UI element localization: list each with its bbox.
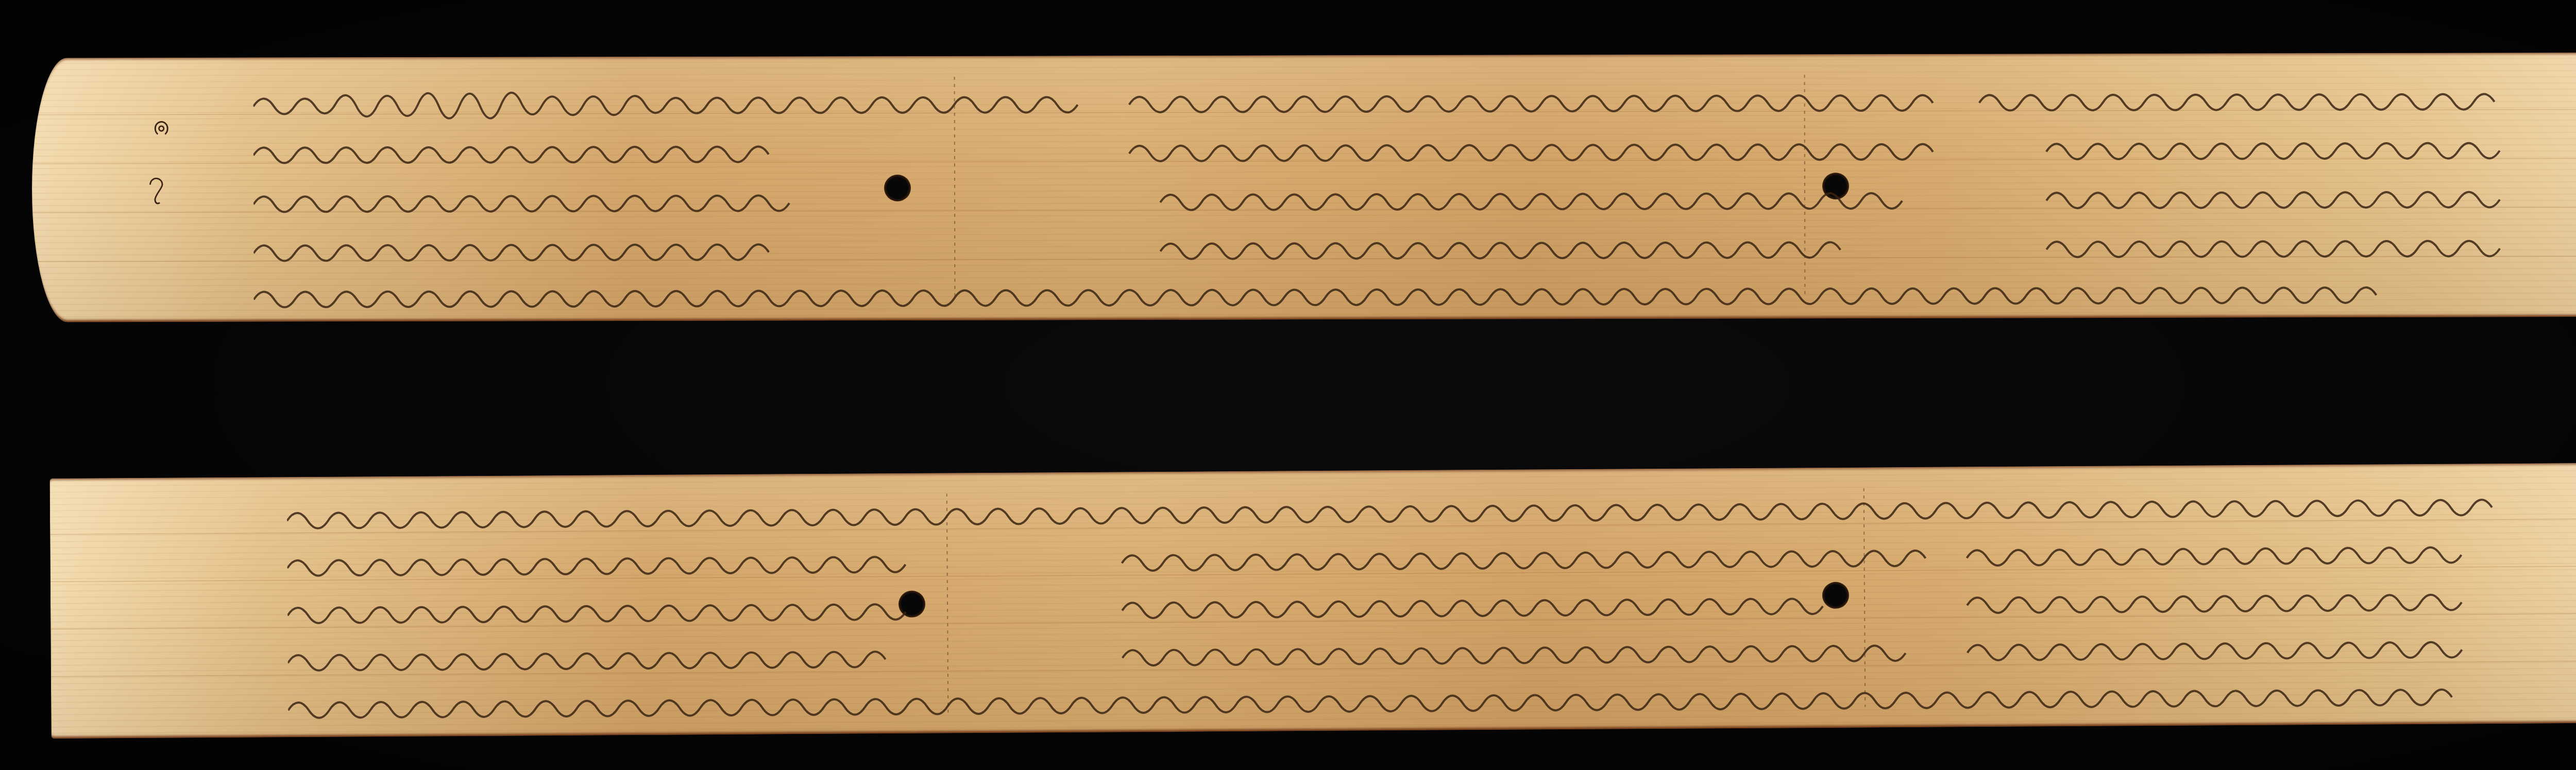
- folio-mark-2: ၇: [148, 166, 165, 196]
- text-line-5: [253, 271, 2510, 317]
- text-line-3: [287, 579, 2529, 634]
- text-line-2: [287, 532, 2528, 587]
- text-line-4: [253, 225, 2510, 271]
- palm-leaf-bottom: [50, 462, 2576, 739]
- manuscript-text-bottom: [287, 484, 2530, 725]
- folio-mark-1: ၐ: [153, 109, 170, 139]
- manuscript-text-top: [253, 78, 2511, 310]
- text-line-1: [253, 78, 2510, 124]
- black-backdrop: ၐ ၇ Photograph of: [0, 0, 2576, 770]
- palm-leaf-top: ၐ ၇: [31, 52, 2576, 322]
- text-line-4: [287, 626, 2529, 681]
- text-line-3: [253, 176, 2510, 222]
- text-line-2: [253, 127, 2510, 173]
